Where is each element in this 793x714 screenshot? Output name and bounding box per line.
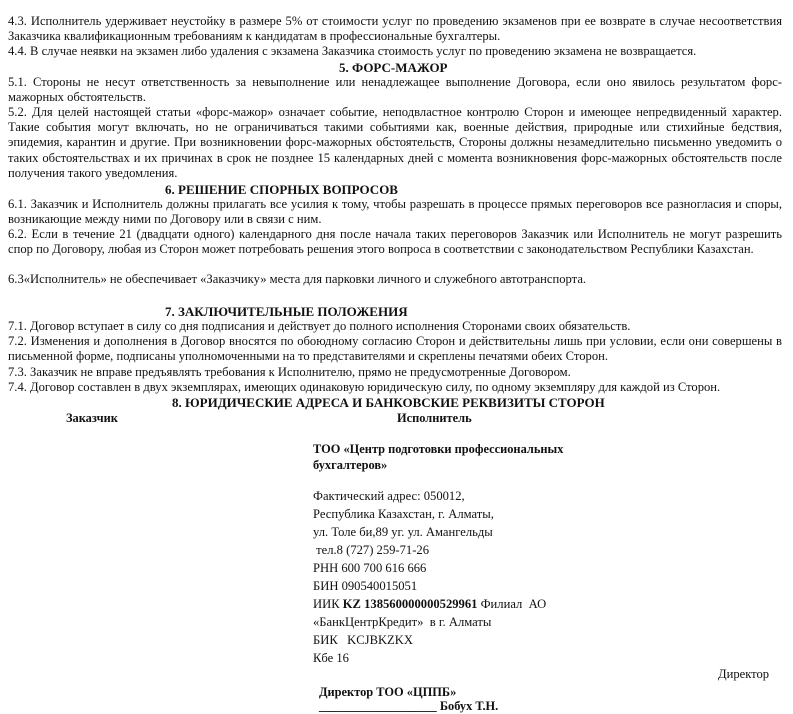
clause-7-4: 7.4. Договор составлен в двух экземпляра… <box>8 380 782 395</box>
address-line-1: Фактический адрес: 050012, <box>313 487 465 505</box>
bik: БИК KCJBKZKX <box>313 631 413 649</box>
iik-prefix: ИИК <box>313 597 343 611</box>
contractor-label: Исполнитель <box>397 411 472 426</box>
clause-5-2: 5.2. Для целей настоящей статьи «форс-ма… <box>8 105 782 181</box>
iik-value: KZ 138560000000529961 <box>343 597 478 611</box>
iik: ИИК KZ 138560000000529961 Филиал АО <box>313 595 546 613</box>
address-line-2: Республика Казахстан, г. Алматы, <box>313 505 494 523</box>
section-8-title: 8. ЮРИДИЧЕСКИЕ АДРЕСА И БАНКОВСКИЕ РЕКВИ… <box>172 395 605 410</box>
signatory-name: Бобух Т.Н. <box>437 699 499 713</box>
signature-block: ___________________ Бобух Т.Н. <box>319 699 498 714</box>
contractor-director: Директор ТОО «ЦППБ» <box>319 685 456 700</box>
customer-director: Директор <box>718 667 769 682</box>
customer-label: Заказчик <box>66 411 118 426</box>
company-name-line-2: бухгалтеров» <box>313 458 387 473</box>
clause-6-3: 6.3«Исполнитель» не обеспечивает «Заказч… <box>8 272 782 287</box>
kbe: Кбе 16 <box>313 649 349 667</box>
clause-4-4: 4.4. В случае неявки на экзамен либо уда… <box>8 44 782 59</box>
phone: тел.8 (727) 259-71-26 <box>313 541 429 559</box>
company-name-line-1: ТОО «Центр подготовки профессиональных <box>313 442 563 457</box>
clause-4-3: 4.3. Исполнитель удерживает неустойку в … <box>8 14 782 44</box>
bank-name: «БанкЦентрКредит» в г. Алматы <box>313 613 491 631</box>
clause-7-1: 7.1. Договор вступает в силу со дня подп… <box>8 319 782 334</box>
address-line-3: ул. Толе би,89 уг. ул. Амангельды <box>313 523 493 541</box>
section-7-title: 7. ЗАКЛЮЧИТЕЛЬНЫЕ ПОЛОЖЕНИЯ <box>165 304 408 319</box>
clause-6-2: 6.2. Если в течение 21 (двадцати одного)… <box>8 227 782 257</box>
rnn: РНН 600 700 616 666 <box>313 559 426 577</box>
clause-7-2: 7.2. Изменения и дополнения в Договор вн… <box>8 334 782 364</box>
clause-6-1: 6.1. Заказчик и Исполнитель должны прила… <box>8 197 782 227</box>
section-5-title: 5. ФОРС-МАЖОР <box>339 60 448 75</box>
signature-line[interactable]: ___________________ <box>319 699 437 713</box>
iik-suffix: Филиал АО <box>477 597 546 611</box>
section-6-title: 6. РЕШЕНИЕ СПОРНЫХ ВОПРОСОВ <box>165 182 398 197</box>
bin: БИН 090540015051 <box>313 577 417 595</box>
clause-5-1: 5.1. Стороны не несут ответственность за… <box>8 75 782 105</box>
clause-7-3: 7.3. Заказчик не вправе предъявлять треб… <box>8 365 782 380</box>
